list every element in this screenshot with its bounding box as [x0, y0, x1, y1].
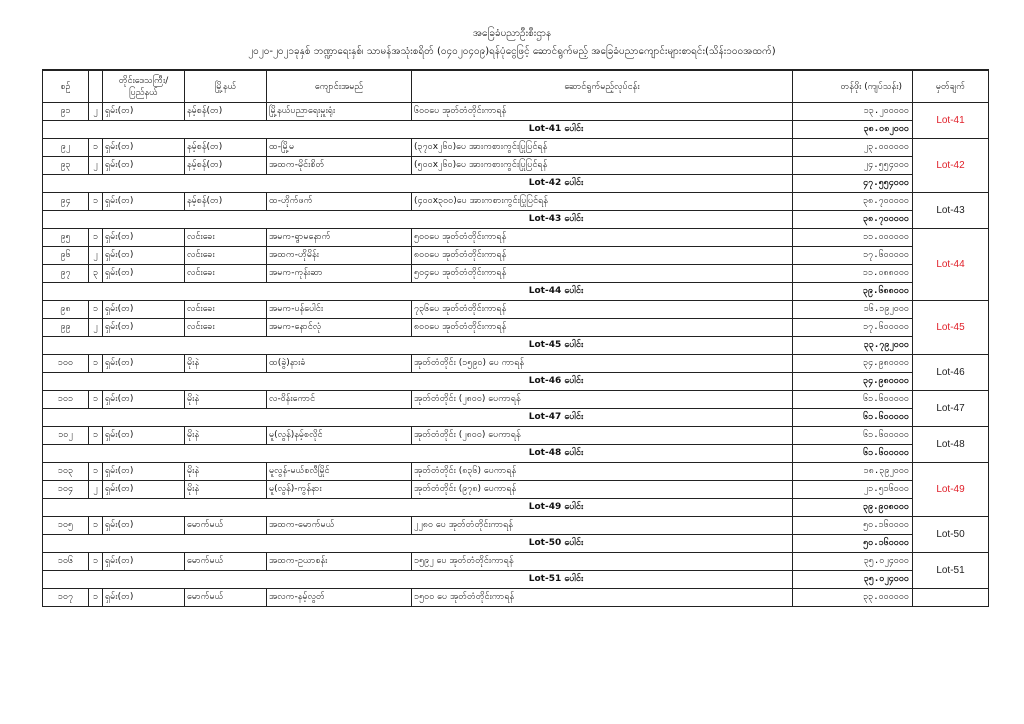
cell-region: ရှမ်း(တ) [103, 427, 185, 445]
header-work: ဆောင်ရွက်မည့်လုပ်ငန်း [412, 70, 793, 103]
lot-total-value: ၅၀.၁၆၀၀၀၀ [793, 535, 913, 553]
cell-cost: ၁၇.၆၀၀၀၀၀ [793, 247, 913, 265]
cell-region: ရှမ်း(တ) [103, 301, 185, 319]
cell-township: မောက်မယ် [185, 553, 267, 571]
lot-total-label: Lot-46 ပေါင်း [43, 373, 793, 391]
table-row: ၉၆၂ရှမ်း(တ)လင်းခေးအထက-ဟိုမိန်း၈၀၀ပေ အုတ်… [43, 247, 989, 265]
cell-sr: ၉၁ [43, 103, 89, 121]
cell-school: ထ-မြို့မ [267, 139, 412, 157]
cell-township: မောက်မယ် [185, 589, 267, 607]
cell-township: လင်းခေး [185, 247, 267, 265]
cell-sr: ၉၉ [43, 319, 89, 337]
lot-total-label: Lot-45 ပေါင်း [43, 337, 793, 355]
lot-total-value: ၃၈.၀၈၂၀၀၀ [793, 121, 913, 139]
lot-remark: Lot-41 [913, 103, 989, 139]
cell-sub: ၁ [89, 391, 103, 409]
table-body: ၉၁၂ရှမ်း(တ)နမ့်စန်(တ)မြို့နယ်ပညာရေးမှူးရ… [43, 103, 989, 607]
cell-sr: ၁၀၂ [43, 427, 89, 445]
header-remark: မှတ်ချက် [913, 70, 989, 103]
lot-total-row: Lot-49 ပေါင်း၃၉.၉၀၈၀၀၀ [43, 499, 989, 517]
cell-cost: ၁၁.၀၀၀၀၀၀ [793, 229, 913, 247]
cell-sr: ၁၀၁ [43, 391, 89, 409]
lot-total-label: Lot-44 ပေါင်း [43, 283, 793, 301]
cell-sub: ၁ [89, 463, 103, 481]
cell-sr: ၉၅ [43, 229, 89, 247]
cell-work: ၇၃၆ပေ အုတ်တံတိုင်းကာရန် [412, 301, 793, 319]
cell-cost: ၁၈.၃၉၂၀၀၀ [793, 463, 913, 481]
cell-sr: ၁၀၀ [43, 355, 89, 373]
cell-sr: ၁၀၆ [43, 553, 89, 571]
lot-total-row: Lot-42 ပေါင်း၄၇.၅၅၄၀၀၀ [43, 175, 989, 193]
cell-school: အထက-ဥယာစန်း [267, 553, 412, 571]
header-sr: စဉ် [43, 70, 89, 103]
lot-total-label: Lot-50 ပေါင်း [43, 535, 793, 553]
cell-work: ၈၀၀ပေ အုတ်တံတိုင်းကာရန် [412, 319, 793, 337]
cell-cost: ၆၁.၆၀၀၀၀၀ [793, 391, 913, 409]
cell-region: ရှမ်း(တ) [103, 553, 185, 571]
cell-school: ထ-ဟိုက်ဖက် [267, 193, 412, 211]
table-row: ၉၉၂ရှမ်း(တ)လင်းခေးအမက-နောင်လုံ၈၀၀ပေ အုတ်… [43, 319, 989, 337]
lot-total-label: Lot-43 ပေါင်း [43, 211, 793, 229]
lot-total-value: ၆၁.၆၀၀၀၀၀ [793, 409, 913, 427]
cell-sr: ၉၃ [43, 157, 89, 175]
cell-work: (၃၇၀x၂၆၀)ပေ အားကစားကွင်းပြုပြင်ရန် [412, 139, 793, 157]
cell-work: အုတ်တံတိုင်း (၂၈၀၀) ပေကာရန် [412, 391, 793, 409]
lot-remark: Lot-43 [913, 193, 989, 229]
cell-sub: ၁ [89, 355, 103, 373]
cell-school: အမက-ပန်ပေါင်း [267, 301, 412, 319]
table-row: ၉၈၁ရှမ်း(တ)လင်းခေးအမက-ပန်ပေါင်း၇၃၆ပေ အုတ… [43, 301, 989, 319]
lot-remark: Lot-48 [913, 427, 989, 463]
cell-school: မူ(လွန်)-ကွန်နား [267, 481, 412, 499]
cell-work: (၄၀၀x၃၀၀)ပေ အားကစားကွင်းပြုပြင်ရန် [412, 193, 793, 211]
cell-township: နမ့်စန်(တ) [185, 193, 267, 211]
cell-sub: ၁ [89, 193, 103, 211]
cell-cost: ၂၁.၅၁၆၀၀၀ [793, 481, 913, 499]
lot-total-row: Lot-43 ပေါင်း၃၈.၇၀၀၀၀၀ [43, 211, 989, 229]
lot-remark: Lot-46 [913, 355, 989, 391]
table-row: ၁၀၅၁ရှမ်း(တ)မောက်မယ်အထက-မောက်မယ်၂၂၈၀ ပေ … [43, 517, 989, 535]
cell-work: ၁၅၀၀ ပေ အုတ်တံတိုင်းကာရန် [412, 589, 793, 607]
cell-region: ရှမ်း(တ) [103, 517, 185, 535]
header-sub [89, 70, 103, 103]
cell-region: ရှမ်း(တ) [103, 355, 185, 373]
cell-work: ၈၀၀ပေ အုတ်တံတိုင်းကာရန် [412, 247, 793, 265]
lot-total-label: Lot-42 ပေါင်း [43, 175, 793, 193]
lot-remark: Lot-42 [913, 139, 989, 193]
cell-region: ရှမ်း(တ) [103, 139, 185, 157]
lot-remark: Lot-51 [913, 553, 989, 589]
cell-school: အမက-ရွာမနောက် [267, 229, 412, 247]
cell-school: မူ(လွန်)နမ့်စလိုင် [267, 427, 412, 445]
cell-work: ၆၀၀ပေ အုတ်တံတိုင်းကာရန် [412, 103, 793, 121]
table-row: ၁၀၇၁ရှမ်း(တ)မောက်မယ်အလက-နမ့်လွတ်၁၅၀၀ ပေ … [43, 589, 989, 607]
lot-total-row: Lot-46 ပေါင်း၃၄.၉၈၀၀၀၀ [43, 373, 989, 391]
table-row: ၁၀၄၂ရှမ်း(တ)မိုးနဲမူ(လွန်)-ကွန်နားအုတ်တံ… [43, 481, 989, 499]
table-row: ၉၇၃ရှမ်း(တ)လင်းခေးအမက-ကုန်းဆာ၅၀၄ပေ အုတ်တ… [43, 265, 989, 283]
lot-total-row: Lot-41 ပေါင်း၃၈.၀၈၂၀၀၀ [43, 121, 989, 139]
cell-township: မောက်မယ် [185, 517, 267, 535]
cell-cost: ၁၁.၀၈၈၀၀၀ [793, 265, 913, 283]
cell-school: လ-ဝိန်းကောင် [267, 391, 412, 409]
lot-remark: Lot-45 [913, 301, 989, 355]
cell-sub: ၁ [89, 589, 103, 607]
lot-remark: Lot-49 [913, 463, 989, 517]
cell-township: မိုးနဲ [185, 391, 267, 409]
cell-school: အလက-နမ့်လွတ် [267, 589, 412, 607]
cell-region: ရှမ်း(တ) [103, 103, 185, 121]
cell-sub: ၂ [89, 247, 103, 265]
cell-township: နမ့်စန်(တ) [185, 157, 267, 175]
cell-work: ၅၀၄ပေ အုတ်တံတိုင်းကာရန် [412, 265, 793, 283]
cell-region: ရှမ်း(တ) [103, 265, 185, 283]
lot-remark [913, 589, 989, 607]
cell-cost: ၃၄.၉၈၀၀၀၀ [793, 355, 913, 373]
cell-sub: ၁ [89, 229, 103, 247]
lot-remark: Lot-44 [913, 229, 989, 301]
table-row: ၉၅၁ရှမ်း(တ)လင်းခေးအမက-ရွာမနောက်၅၀၀ပေ အုတ… [43, 229, 989, 247]
cell-region: ရှမ်း(တ) [103, 229, 185, 247]
lot-remark: Lot-50 [913, 517, 989, 553]
lot-remark: Lot-47 [913, 391, 989, 427]
cell-sub: ၁ [89, 553, 103, 571]
cell-sr: ၁၀၅ [43, 517, 89, 535]
table-row: ၁၀၃၁ရှမ်း(တ)မိုးနဲမူလွန်-မယ်စလီမြိုင်အုတ… [43, 463, 989, 481]
lot-total-label: Lot-47 ပေါင်း [43, 409, 793, 427]
cell-cost: ၆၁.၆၀၀၀၀၀ [793, 427, 913, 445]
cell-school: ထ(ခွဲ)နားခံ [267, 355, 412, 373]
document-title: အခြေခံပညာဦးစီးဌာန [0, 26, 1024, 41]
cell-sub: ၁ [89, 427, 103, 445]
cell-sub: ၁ [89, 517, 103, 535]
cell-school: မူလွန်-မယ်စလီမြိုင် [267, 463, 412, 481]
cell-cost: ၂၄.၅၅၄၀၀၀ [793, 157, 913, 175]
cell-school: အမက-ကုန်းဆာ [267, 265, 412, 283]
document-subtitle: ၂၀၂၀-၂၀၂၁ခုနှစ် ဘဏ္ဍာရေးနှစ်၊ သာမန်အသုံး… [0, 44, 1024, 59]
header-cost: တန်ဖိုး (ကျပ်သန်း) [793, 70, 913, 103]
table-row: ၉၁၂ရှမ်း(တ)နမ့်စန်(တ)မြို့နယ်ပညာရေးမှူးရ… [43, 103, 989, 121]
cell-school: အထက-မိုင်းစိတ် [267, 157, 412, 175]
cell-region: ရှမ်း(တ) [103, 481, 185, 499]
cell-work: (၅၀၀x၂၆၀)ပေ အားကစားကွင်းပြုပြင်ရန် [412, 157, 793, 175]
lot-total-row: Lot-47 ပေါင်း၆၁.၆၀၀၀၀၀ [43, 409, 989, 427]
cell-cost: ၃၅.၀၂၄၀၀၀ [793, 553, 913, 571]
lot-total-row: Lot-45 ပေါင်း၃၃.၇၉၂၀၀၀ [43, 337, 989, 355]
cell-work: အုတ်တံတိုင်း (၁၅၉၀) ပေ ကာရန် [412, 355, 793, 373]
cell-sr: ၉၆ [43, 247, 89, 265]
cell-cost: ၁၇.၆၀၀၀၀၀ [793, 319, 913, 337]
cell-cost: ၅၀.၁၆၀၀၀၀ [793, 517, 913, 535]
lot-total-value: ၃၉.၆၈၈၀၀၀ [793, 283, 913, 301]
lot-total-value: ၆၁.၆၀၀၀၀၀ [793, 445, 913, 463]
cell-work: ၁၅၉၂ ပေ အုတ်တံတိုင်းကာရန် [412, 553, 793, 571]
cell-township: လင်းခေး [185, 319, 267, 337]
cell-school: အထက-ဟိုမိန်း [267, 247, 412, 265]
table-row: ၉၄၁ရှမ်း(တ)နမ့်စန်(တ)ထ-ဟိုက်ဖက်(၄၀၀x၃၀၀)… [43, 193, 989, 211]
cell-township: လင်းခေး [185, 265, 267, 283]
cell-township: မိုးနဲ [185, 481, 267, 499]
cell-school: အမက-နောင်လုံ [267, 319, 412, 337]
cell-sub: ၂ [89, 481, 103, 499]
header-region: တိုင်းဒေသကြီး/ ပြည်နယ် [103, 70, 185, 103]
cell-cost: ၁၆.၁၉၂၀၀၀ [793, 301, 913, 319]
table-row: ၉၂၁ရှမ်း(တ)နမ့်စန်(တ)ထ-မြို့မ(၃၇၀x၂၆၀)ပေ… [43, 139, 989, 157]
cell-school: အထက-မောက်မယ် [267, 517, 412, 535]
lot-total-label: Lot-51 ပေါင်း [43, 571, 793, 589]
header-township: မြို့နယ် [185, 70, 267, 103]
lot-total-value: ၃၈.၇၀၀၀၀၀ [793, 211, 913, 229]
cell-sr: ၉၄ [43, 193, 89, 211]
table-row: ၁၀၂၁ရှမ်း(တ)မိုးနဲမူ(လွန်)နမ့်စလိုင်အုတ်… [43, 427, 989, 445]
cell-sub: ၁ [89, 301, 103, 319]
lot-total-label: Lot-48 ပေါင်း [43, 445, 793, 463]
lot-total-row: Lot-51 ပေါင်း၃၅.၀၂၄၀၀၀ [43, 571, 989, 589]
cell-sr: ၉၈ [43, 301, 89, 319]
cell-township: လင်းခေး [185, 229, 267, 247]
cell-township: မိုးနဲ [185, 427, 267, 445]
cell-region: ရှမ်း(တ) [103, 157, 185, 175]
header-school: ကျောင်းအမည် [267, 70, 412, 103]
lot-total-label: Lot-41 ပေါင်း [43, 121, 793, 139]
cell-sub: ၂ [89, 157, 103, 175]
table-row: ၁၀၁၁ရှမ်း(တ)မိုးနဲလ-ဝိန်းကောင်အုတ်တံတိုင… [43, 391, 989, 409]
cell-sr: ၁၀၇ [43, 589, 89, 607]
cell-sr: ၉၇ [43, 265, 89, 283]
table-row: ၁၀၆၁ရှမ်း(တ)မောက်မယ်အထက-ဥယာစန်း၁၅၉၂ ပေ အ… [43, 553, 989, 571]
cell-sr: ၁၀၄ [43, 481, 89, 499]
lot-total-row: Lot-44 ပေါင်း၃၉.၆၈၈၀၀၀ [43, 283, 989, 301]
cell-work: အုတ်တံတိုင်း (၈၃၆) ပေကာရန် [412, 463, 793, 481]
cell-sub: ၂ [89, 103, 103, 121]
cell-region: ရှမ်း(တ) [103, 589, 185, 607]
schools-table: စဉ် တိုင်းဒေသကြီး/ ပြည်နယ် မြို့နယ် ကျော… [42, 69, 989, 607]
cell-sr: ၉၂ [43, 139, 89, 157]
table-row: ၁၀၀၁ရှမ်း(တ)မိုးနဲထ(ခွဲ)နားခံအုတ်တံတိုင်… [43, 355, 989, 373]
cell-township: မိုးနဲ [185, 355, 267, 373]
cell-work: ၅၀၀ပေ အုတ်တံတိုင်းကာရန် [412, 229, 793, 247]
table-row: ၉၃၂ရှမ်း(တ)နမ့်စန်(တ)အထက-မိုင်းစိတ်(၅၀၀x… [43, 157, 989, 175]
cell-sub: ၁ [89, 139, 103, 157]
cell-region: ရှမ်း(တ) [103, 193, 185, 211]
lot-total-row: Lot-50 ပေါင်း၅၀.၁၆၀၀၀၀ [43, 535, 989, 553]
cell-sr: ၁၀၃ [43, 463, 89, 481]
lot-total-row: Lot-48 ပေါင်း၆၁.၆၀၀၀၀၀ [43, 445, 989, 463]
cell-region: ရှမ်း(တ) [103, 391, 185, 409]
lot-total-value: ၃၃.၇၉၂၀၀၀ [793, 337, 913, 355]
table-header-row: စဉ် တိုင်းဒေသကြီး/ ပြည်နယ် မြို့နယ် ကျော… [43, 70, 989, 103]
lot-total-value: ၃၅.၀၂၄၀၀၀ [793, 571, 913, 589]
cell-township: လင်းခေး [185, 301, 267, 319]
cell-township: နမ့်စန်(တ) [185, 103, 267, 121]
lot-total-value: ၃၉.၉၀၈၀၀၀ [793, 499, 913, 517]
cell-work: အုတ်တံတိုင်း (၂၈၀၀) ပေကာရန် [412, 427, 793, 445]
cell-township: နမ့်စန်(တ) [185, 139, 267, 157]
cell-region: ရှမ်း(တ) [103, 463, 185, 481]
cell-cost: ၃၃.၀၀၀၀၀၀ [793, 589, 913, 607]
cell-region: ရှမ်း(တ) [103, 247, 185, 265]
cell-region: ရှမ်း(တ) [103, 319, 185, 337]
cell-sub: ၂ [89, 319, 103, 337]
cell-school: မြို့နယ်ပညာရေးမှူးရုံး [267, 103, 412, 121]
cell-work: ၂၂၈၀ ပေ အုတ်တံတိုင်းကာရန် [412, 517, 793, 535]
cell-sub: ၃ [89, 265, 103, 283]
cell-township: မိုးနဲ [185, 463, 267, 481]
lot-total-value: ၃၄.၉၈၀၀၀၀ [793, 373, 913, 391]
cell-cost: ၃၈.၇၀၀၀၀၀ [793, 193, 913, 211]
cell-work: အုတ်တံတိုင်း (၉၇၈) ပေကာရန် [412, 481, 793, 499]
lot-total-label: Lot-49 ပေါင်း [43, 499, 793, 517]
lot-total-value: ၄၇.၅၅၄၀၀၀ [793, 175, 913, 193]
cell-cost: ၁၃.၂၀၀၀၀၀ [793, 103, 913, 121]
cell-cost: ၂၃.၀၀၀၀၀၀ [793, 139, 913, 157]
